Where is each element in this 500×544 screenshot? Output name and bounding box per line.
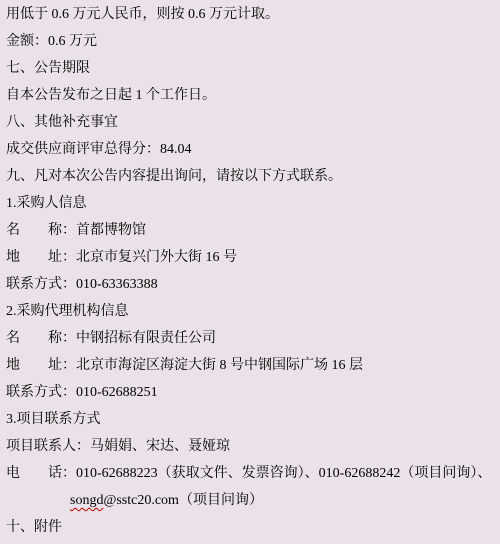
agency-name: 名 称：中钢招标有限责任公司 (6, 325, 496, 352)
section-10-heading: 十、附件 (6, 514, 496, 541)
section-7-body: 自本公告发布之日起 1 个工作日。 (6, 82, 496, 109)
agency-title: 2.采购代理机构信息 (6, 298, 496, 325)
project-title: 3.项目联系方式 (6, 406, 496, 433)
amount-line: 金额：0.6 万元 (6, 28, 496, 55)
email-note: （项目问询） (179, 493, 263, 508)
purchaser-name: 名 称：首都博物馆 (6, 217, 496, 244)
project-phone: 电 话：010-62688223（获取文件、发票咨询）、010-62688242… (6, 460, 496, 487)
project-email-line: songd@sstc20.com（项目问询） (6, 487, 496, 514)
project-contacts: 项目联系人：马娟娟、宋达、聂娅琼 (6, 433, 496, 460)
section-8-heading: 八、其他补充事宜 (6, 109, 496, 136)
purchaser-address: 地 址：北京市复兴门外大街 16 号 (6, 244, 496, 271)
section-8-score: 成交供应商评审总得分：84.04 (6, 136, 496, 163)
purchaser-title: 1.采购人信息 (6, 190, 496, 217)
email-flagged-text: songd (70, 493, 103, 508)
email-rest-text: @sstc20.com (103, 493, 179, 508)
agency-address: 地 址：北京市海淀区海淀大街 8 号中钢国际广场 16 层 (6, 352, 496, 379)
announcement-document: 用低于 0.6 万元人民币，则按 0.6 万元计取。 金额：0.6 万元 七、公… (0, 0, 500, 541)
fee-wrap-text: 用低于 0.6 万元人民币，则按 0.6 万元计取。 (6, 1, 496, 28)
section-9-heading: 九、凡对本次公告内容提出询问，请按以下方式联系。 (6, 163, 496, 190)
agency-contact: 联系方式：010-62688251 (6, 379, 496, 406)
section-7-heading: 七、公告期限 (6, 55, 496, 82)
purchaser-contact: 联系方式：010-63363388 (6, 271, 496, 298)
page: { "page": { "background_color": "#eae2e8… (0, 0, 500, 544)
